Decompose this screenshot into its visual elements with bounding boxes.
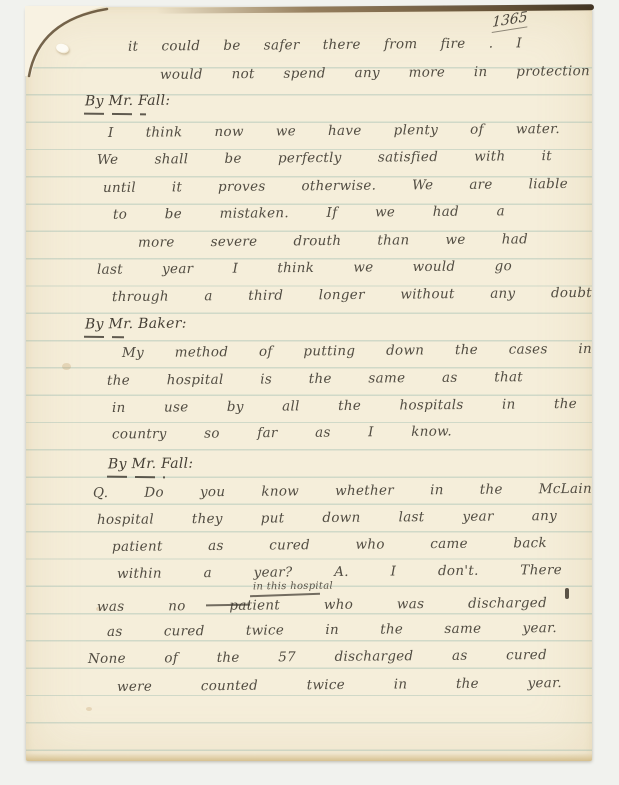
handwritten-line: the hospital is the same as that (107, 368, 523, 391)
speaker-heading: By Mr. Baker: (85, 315, 187, 335)
speaker-heading: By Mr. Fall: (85, 92, 171, 112)
handwritten-line: We shall be perfectly satisfied with it (97, 147, 552, 170)
speaker-heading: By Mr. Fall: (108, 455, 194, 475)
handwritten-line: None of the 57 discharged as cured (88, 646, 547, 669)
handwritten-line: to be mistaken. If we had a (113, 202, 505, 224)
inserted-correction: in this hospital (253, 581, 333, 594)
edge-blemish (565, 588, 569, 599)
scanned-page: 1365 it could be safer there from fire .… (0, 0, 619, 785)
handwritten-line: was no patient who was discharged (97, 594, 547, 617)
handwritten-line: as cured twice in the same year. (107, 619, 557, 642)
paper-top-edge-shadow (156, 4, 594, 13)
corner-curl (25, 6, 111, 78)
handwritten-line: I think now we have plenty of water. (108, 120, 560, 143)
handwritten-line: would not spend any more in protection (160, 62, 590, 85)
handwritten-line: more severe drouth than we had (138, 230, 528, 252)
foxing-spot (62, 363, 71, 370)
handwritten-line: country so far as I know. (112, 423, 452, 445)
handwritten-line: patient as cured who came back (112, 534, 547, 557)
handwritten-line: in use by all the hospitals in the (112, 395, 577, 418)
handwritten-line: last year I think we would go (97, 257, 512, 280)
handwritten-line: within a year? A. I don't. There (117, 561, 562, 584)
handwritten-line: until it proves otherwise. We are liable (103, 175, 568, 198)
handwritten-line: it could be safer there from fire . I (128, 34, 522, 56)
foxing-spot (86, 707, 92, 711)
handwritten-line: hospital they put down last year any (97, 507, 557, 530)
handwritten-line: were counted twice in the year. (117, 674, 562, 697)
paper-bottom-edge-shadow (26, 753, 592, 761)
